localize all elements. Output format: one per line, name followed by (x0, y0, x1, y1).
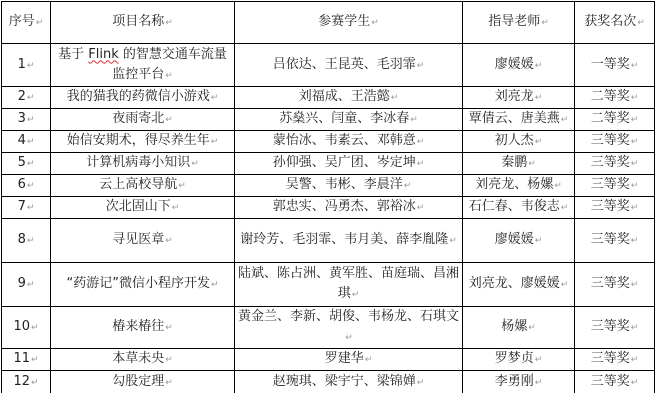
cell-no: 11↵ (2, 349, 51, 371)
paragraph-mark-icon: ↵ (631, 61, 639, 71)
paragraph-mark-icon: ↵ (27, 159, 35, 169)
paragraph-mark-icon: ↵ (535, 236, 543, 246)
cell-no: 3↵ (2, 109, 51, 131)
paragraph-mark-icon: ↵ (27, 203, 35, 213)
cell-advisor: 石仁春、韦俊志↵ (463, 197, 575, 219)
paragraph-mark-icon: ↵ (27, 280, 35, 290)
paragraph-mark-icon: ↵ (535, 61, 543, 71)
cell-no: 4↵ (2, 131, 51, 153)
cell-no: 7↵ (2, 197, 51, 219)
cell-no: 8↵ (2, 219, 51, 263)
paragraph-mark-icon: ↵ (417, 203, 425, 213)
paragraph-mark-icon: ↵ (165, 71, 173, 81)
table-row: 4↵ 始信安期术，得尽养生年↵ 蒙怡冰、韦素云、邓韩意↵ 初人杰↵ 三等奖↵ (2, 131, 655, 153)
paragraph-mark-icon: ↵ (352, 290, 360, 300)
paragraph-mark-icon: ↵ (417, 378, 425, 388)
paragraph-mark-icon: ↵ (535, 137, 543, 147)
paragraph-mark-icon: ↵ (404, 181, 412, 191)
paragraph-mark-icon: ↵ (410, 115, 418, 125)
header-project: 项目名称↵ (51, 2, 235, 44)
cell-project: 次北固山下↵ (51, 197, 235, 219)
paragraph-mark-icon: ↵ (31, 355, 39, 365)
cell-project: 我的猫我的药微信小游戏↵ (51, 87, 235, 109)
cell-award: 三等奖↵ (575, 197, 655, 219)
paragraph-mark-icon: ↵ (528, 323, 536, 333)
paragraph-mark-icon: ↵ (36, 18, 44, 28)
paragraph-mark-icon: ↵ (371, 18, 379, 28)
cell-award: 三等奖↵ (575, 263, 655, 307)
cell-students: 黄金兰、李新、胡俊、韦杨龙、石琪文↵ (235, 307, 463, 349)
cell-award: 二等奖↵ (575, 87, 655, 109)
cell-advisor: 罗梦贞↵ (463, 349, 575, 371)
cell-award: 三等奖↵ (575, 131, 655, 153)
paragraph-mark-icon: ↵ (178, 181, 186, 191)
cell-project: 云上高校导航↵ (51, 175, 235, 197)
paragraph-mark-icon: ↵ (165, 378, 173, 388)
paragraph-mark-icon: ↵ (631, 181, 639, 191)
paragraph-mark-icon: ↵ (541, 18, 549, 28)
table-row: 8↵ 寻见医章↵ 谢玲芳、毛羽霏、韦月美、薛李胤隆↵ 廖媛媛↵ 三等奖↵ (2, 219, 655, 263)
paragraph-mark-icon: ↵ (165, 115, 173, 125)
cell-no: 1↵ (2, 44, 51, 87)
cell-students: 郭忠实、冯勇杰、郭裕冰↵ (235, 197, 463, 219)
cell-students: 苏燊兴、闫童、李冰春↵ (235, 109, 463, 131)
paragraph-mark-icon: ↵ (27, 115, 35, 125)
paragraph-mark-icon: ↵ (417, 137, 425, 147)
cell-students: 吕依达、王昆英、毛羽霏↵ (235, 44, 463, 87)
cell-students: 陆斌、陈占洲、黄军胜、苗庭瑞、昌湘琪↵ (235, 263, 463, 307)
paragraph-mark-icon: ↵ (27, 137, 35, 147)
paragraph-mark-icon: ↵ (535, 93, 543, 103)
paragraph-mark-icon: ↵ (631, 203, 639, 213)
paragraph-mark-icon: ↵ (165, 236, 173, 246)
cell-students: 吴警、韦彬、李晨洋↵ (235, 175, 463, 197)
paragraph-mark-icon: ↵ (211, 280, 219, 290)
paragraph-mark-icon: ↵ (31, 323, 39, 333)
paragraph-mark-icon: ↵ (211, 137, 219, 147)
cell-students: 蒙怡冰、韦素云、邓韩意↵ (235, 131, 463, 153)
awards-table: 序号↵ 项目名称↵ 参赛学生↵ 指导老师↵ 获奖名次↵ 1↵ 基于 Flink … (1, 1, 655, 393)
cell-award: 三等奖↵ (575, 219, 655, 263)
header-award: 获奖名次↵ (575, 2, 655, 44)
cell-students: 刘福成、王浩懿↵ (235, 87, 463, 109)
paragraph-mark-icon: ↵ (631, 115, 639, 125)
paragraph-mark-icon: ↵ (528, 159, 536, 169)
cell-award: 二等奖↵ (575, 109, 655, 131)
paragraph-mark-icon: ↵ (535, 355, 543, 365)
table-row: 12↵ 勾股定理↵ 赵琬琪、梁宇宁、梁锦婵↵ 李勇刚↵ 三等奖↵ (2, 371, 655, 393)
paragraph-mark-icon: ↵ (27, 181, 35, 191)
cell-students: 赵琬琪、梁宇宁、梁锦婵↵ (235, 371, 463, 393)
paragraph-mark-icon: ↵ (561, 280, 569, 290)
header-row: 序号↵ 项目名称↵ 参赛学生↵ 指导老师↵ 获奖名次↵ (2, 2, 655, 44)
paragraph-mark-icon: ↵ (561, 203, 569, 213)
cell-project: 寻见医章↵ (51, 219, 235, 263)
table-row: 1↵ 基于 Flink 的智慧交通车流量监控平台↵ 吕依达、王昆英、毛羽霏↵ 廖… (2, 44, 655, 87)
cell-advisor: 覃倩云、唐美燕↵ (463, 109, 575, 131)
cell-advisor: 刘亮龙、廖媛媛↵ (463, 263, 575, 307)
cell-no: 9↵ (2, 263, 51, 307)
cell-advisor: 秦鹏↵ (463, 153, 575, 175)
paragraph-mark-icon: ↵ (631, 159, 639, 169)
table-row: 2↵ 我的猫我的药微信小游戏↵ 刘福成、王浩懿↵ 刘亮龙↵ 二等奖↵ (2, 87, 655, 109)
paragraph-mark-icon: ↵ (191, 159, 199, 169)
header-students: 参赛学生↵ (235, 2, 463, 44)
header-advisor: 指导老师↵ (463, 2, 575, 44)
paragraph-mark-icon: ↵ (637, 18, 645, 28)
cell-project: 基于 Flink 的智慧交通车流量监控平台↵ (51, 44, 235, 87)
paragraph-mark-icon: ↵ (165, 355, 173, 365)
cell-advisor: 刘亮龙↵ (463, 87, 575, 109)
cell-project: 椿来椿往↵ (51, 307, 235, 349)
cell-award: 三等奖↵ (575, 153, 655, 175)
paragraph-mark-icon: ↵ (27, 61, 35, 71)
paragraph-mark-icon: ↵ (391, 93, 399, 103)
cell-advisor: 刘亮龙、杨嫘↵ (463, 175, 575, 197)
cell-no: 2↵ (2, 87, 51, 109)
cell-no: 6↵ (2, 175, 51, 197)
cell-no: 10↵ (2, 307, 51, 349)
cell-award: 三等奖↵ (575, 307, 655, 349)
paragraph-mark-icon: ↵ (449, 236, 457, 246)
table-row: 3↵ 夜雨寄北↵ 苏燊兴、闫童、李冰春↵ 覃倩云、唐美燕↵ 二等奖↵ (2, 109, 655, 131)
paragraph-mark-icon: ↵ (631, 137, 639, 147)
cell-project: 计算机病毒小知识↵ (51, 153, 235, 175)
table-row: 5↵ 计算机病毒小知识↵ 孙仰强、吴广团、岑定坤↵ 秦鹏↵ 三等奖↵ (2, 153, 655, 175)
paragraph-mark-icon: ↵ (631, 355, 639, 365)
cell-project: 夜雨寄北↵ (51, 109, 235, 131)
table-row: 11↵ 本草未央↵ 罗建华↵ 罗梦贞↵ 三等奖↵ (2, 349, 655, 371)
cell-students: 罗建华↵ (235, 349, 463, 371)
paragraph-mark-icon: ↵ (631, 93, 639, 103)
paragraph-mark-icon: ↵ (27, 236, 35, 246)
spellcheck-flagged-word[interactable]: Flink (88, 47, 118, 62)
table-row: 9↵ “药游记”微信小程序开发↵ 陆斌、陈占洲、黄军胜、苗庭瑞、昌湘琪↵ 刘亮龙… (2, 263, 655, 307)
paragraph-mark-icon: ↵ (631, 236, 639, 246)
cell-students: 孙仰强、吴广团、岑定坤↵ (235, 153, 463, 175)
table-row: 7↵ 次北固山下↵ 郭忠实、冯勇杰、郭裕冰↵ 石仁春、韦俊志↵ 三等奖↵ (2, 197, 655, 219)
paragraph-mark-icon: ↵ (417, 159, 425, 169)
cell-project: “药游记”微信小程序开发↵ (51, 263, 235, 307)
table-row: 10↵ 椿来椿往↵ 黄金兰、李新、胡俊、韦杨龙、石琪文↵ 杨嫘↵ 三等奖↵ (2, 307, 655, 349)
paragraph-mark-icon: ↵ (561, 115, 569, 125)
paragraph-mark-icon: ↵ (165, 323, 173, 333)
paragraph-mark-icon: ↵ (535, 378, 543, 388)
table-row: 6↵ 云上高校导航↵ 吴警、韦彬、李晨洋↵ 刘亮龙、杨嫘↵ 三等奖↵ (2, 175, 655, 197)
paragraph-mark-icon: ↵ (631, 378, 639, 388)
header-no: 序号↵ (2, 2, 51, 44)
cell-advisor: 廖媛媛↵ (463, 44, 575, 87)
cell-advisor: 初人杰↵ (463, 131, 575, 153)
paragraph-mark-icon: ↵ (27, 93, 35, 103)
paragraph-mark-icon: ↵ (211, 93, 219, 103)
cell-no: 5↵ (2, 153, 51, 175)
paragraph-mark-icon: ↵ (345, 333, 353, 343)
cell-no: 12↵ (2, 371, 51, 393)
cell-project: 始信安期术，得尽养生年↵ (51, 131, 235, 153)
paragraph-mark-icon: ↵ (417, 61, 425, 71)
paragraph-mark-icon: ↵ (631, 280, 639, 290)
cell-award: 三等奖↵ (575, 371, 655, 393)
paragraph-mark-icon: ↵ (31, 378, 39, 388)
paragraph-mark-icon: ↵ (631, 323, 639, 333)
cell-project: 本草未央↵ (51, 349, 235, 371)
paragraph-mark-icon: ↵ (365, 355, 373, 365)
cell-project: 勾股定理↵ (51, 371, 235, 393)
paragraph-mark-icon: ↵ (554, 181, 562, 191)
cell-award: 三等奖↵ (575, 349, 655, 371)
cell-award: 三等奖↵ (575, 175, 655, 197)
cell-advisor: 杨嫘↵ (463, 307, 575, 349)
paragraph-mark-icon: ↵ (172, 203, 180, 213)
paragraph-mark-icon: ↵ (165, 18, 173, 28)
cell-award: 一等奖↵ (575, 44, 655, 87)
cell-students: 谢玲芳、毛羽霏、韦月美、薛李胤隆↵ (235, 219, 463, 263)
cell-advisor: 李勇刚↵ (463, 371, 575, 393)
cell-advisor: 廖媛媛↵ (463, 219, 575, 263)
